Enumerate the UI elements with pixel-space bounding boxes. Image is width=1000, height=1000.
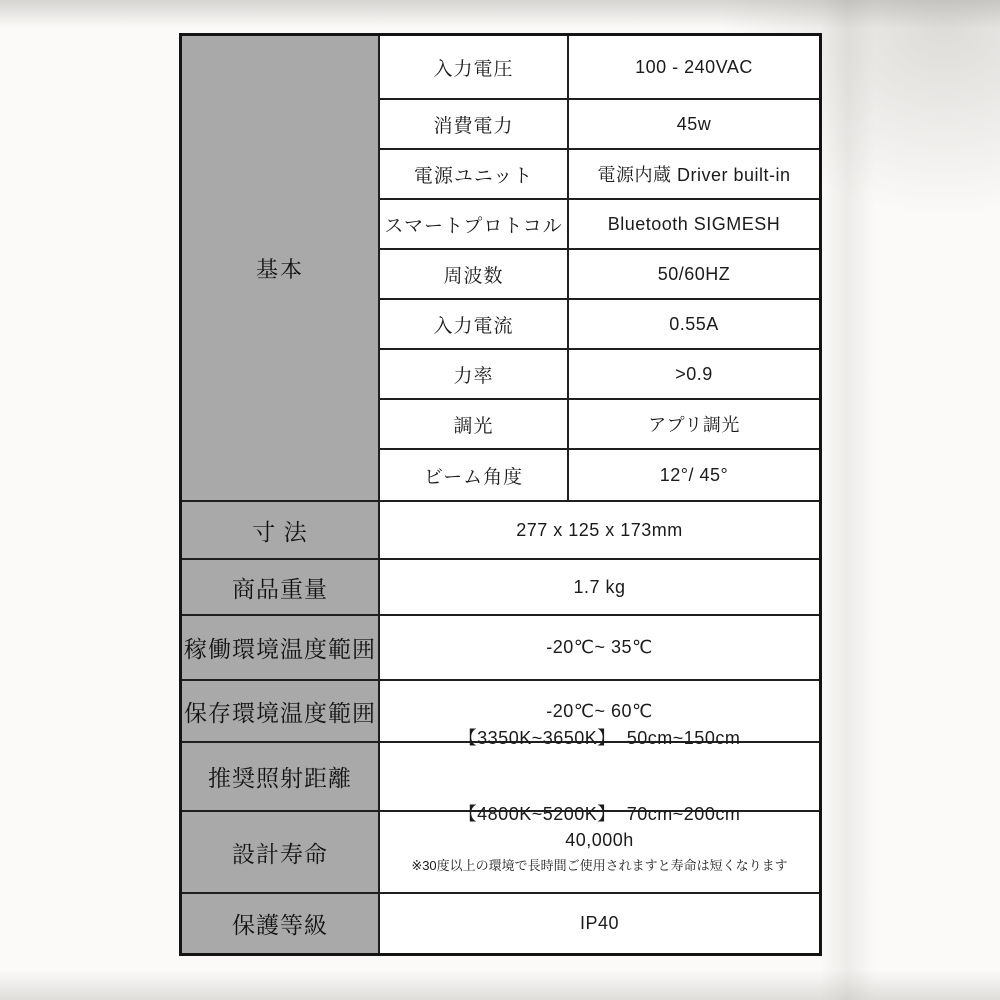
label-text: 入力電流	[433, 311, 513, 338]
scanned-spec-sheet: 基本 入力電圧 100 - 240VAC 消費電力 45w 電源ユニット 電源内…	[0, 0, 1000, 1000]
row-value: 277 x 125 x 173mm	[380, 502, 819, 558]
label-text: 入力電圧	[433, 54, 513, 81]
label-text: 寸 法	[252, 514, 307, 547]
label-text: 設計寿命	[232, 836, 328, 869]
table-row-smart-protocol: スマートプロトコル Bluetooth SIGMESH	[380, 200, 819, 250]
label-text: 調光	[453, 411, 493, 438]
value-text: 45w	[677, 114, 712, 135]
row-value: 電源内蔵 Driver built-in	[569, 150, 819, 198]
value-text: 40,000h	[565, 830, 634, 851]
label-text: 力率	[453, 361, 493, 388]
table-row-recommended-distance: 推奨照射距離 【3350K~3650K】 50cm~150cm 【4800K~5…	[182, 741, 819, 810]
label-text: 稼働環境温度範囲	[184, 631, 376, 664]
row-label: スマートプロトコル	[380, 200, 569, 248]
row-label: ビーム角度	[380, 450, 569, 500]
value-text: Bluetooth SIGMESH	[608, 214, 781, 235]
row-value: 45w	[569, 100, 819, 148]
table-row-design-life: 設計寿命 40,000h ※30度以上の環境で長時間ご使用されますと寿命は短くな…	[182, 810, 819, 892]
row-label: 保存環境温度範囲	[182, 681, 380, 741]
table-row-power-factor: 力率 >0.9	[380, 350, 819, 400]
row-label: 商品重量	[182, 560, 380, 614]
table-row-power-unit: 電源ユニット 電源内蔵 Driver built-in	[380, 150, 819, 200]
row-value: 0.55A	[569, 300, 819, 348]
group-label: 基本	[256, 253, 304, 284]
row-value: 40,000h ※30度以上の環境で長時間ご使用されますと寿命は短くなります	[380, 812, 819, 892]
table-row-operating-temp: 稼働環境温度範囲 -20℃~ 35℃	[182, 614, 819, 679]
value-text: 1.7 kg	[573, 577, 625, 598]
row-label: 調光	[380, 400, 569, 448]
row-label: 電源ユニット	[380, 150, 569, 198]
basic-section: 基本 入力電圧 100 - 240VAC 消費電力 45w 電源ユニット 電源内…	[182, 36, 819, 500]
row-label: 入力電流	[380, 300, 569, 348]
label-text: 推奨照射距離	[208, 760, 352, 793]
row-value: 12°/ 45°	[569, 450, 819, 500]
distance-line-warm: 【3350K~3650K】 50cm~150cm	[459, 726, 741, 751]
label-text: 電源ユニット	[414, 161, 533, 188]
value-text: >0.9	[675, 364, 713, 385]
row-label: 力率	[380, 350, 569, 398]
row-value: IP40	[380, 894, 819, 953]
value-text: 12°/ 45°	[660, 465, 728, 486]
scan-shadow-right	[820, 0, 875, 1000]
table-row-input-voltage: 入力電圧 100 - 240VAC	[380, 36, 819, 100]
value-text: -20℃~ 35℃	[546, 637, 652, 658]
row-value: Bluetooth SIGMESH	[569, 200, 819, 248]
row-value: >0.9	[569, 350, 819, 398]
row-label: 推奨照射距離	[182, 743, 380, 810]
row-value: -20℃~ 35℃	[380, 616, 819, 679]
table-row-frequency: 周波数 50/60HZ	[380, 250, 819, 300]
label-text: ビーム角度	[424, 462, 523, 489]
row-value: 50/60HZ	[569, 250, 819, 298]
table-row-protection-rating: 保護等級 IP40	[182, 892, 819, 953]
value-text: 100 - 240VAC	[635, 57, 753, 78]
value-text: 0.55A	[669, 314, 719, 335]
row-value: アプリ調光	[569, 400, 819, 448]
table-row-input-current: 入力電流 0.55A	[380, 300, 819, 350]
table-row-beam-angle: ビーム角度 12°/ 45°	[380, 450, 819, 500]
value-text: IP40	[580, 913, 619, 934]
label-text: 周波数	[443, 261, 503, 288]
label-text: 保存環境温度範囲	[184, 695, 376, 728]
table-row-weight: 商品重量 1.7 kg	[182, 558, 819, 614]
label-text: スマートプロトコル	[384, 211, 562, 238]
value-text: 電源内蔵 Driver built-in	[597, 161, 790, 187]
table-row-dimensions: 寸 法 277 x 125 x 173mm	[182, 500, 819, 558]
label-text: 消費電力	[433, 111, 513, 138]
group-cell-basic: 基本	[182, 36, 380, 500]
value-text: 277 x 125 x 173mm	[516, 520, 683, 541]
basic-rows: 入力電圧 100 - 240VAC 消費電力 45w 電源ユニット 電源内蔵 D…	[380, 36, 819, 500]
label-text: 商品重量	[232, 571, 328, 604]
scan-shadow-bottom	[0, 970, 1000, 1000]
row-value: 1.7 kg	[380, 560, 819, 614]
row-label: 消費電力	[380, 100, 569, 148]
spec-table: 基本 入力電圧 100 - 240VAC 消費電力 45w 電源ユニット 電源内…	[179, 33, 822, 956]
value-text: アプリ調光	[648, 411, 740, 437]
life-note-text: ※30度以上の環境で長時間ご使用されますと寿命は短くなります	[411, 855, 787, 874]
label-text: 保護等級	[232, 907, 328, 940]
table-row-dimming: 調光 アプリ調光	[380, 400, 819, 450]
row-label: 周波数	[380, 250, 569, 298]
row-label: 保護等級	[182, 894, 380, 953]
row-value: 100 - 240VAC	[569, 36, 819, 98]
value-text: 50/60HZ	[658, 264, 731, 285]
row-label: 寸 法	[182, 502, 380, 558]
row-value: 【3350K~3650K】 50cm~150cm 【4800K~5200K】 7…	[380, 743, 819, 810]
row-label: 入力電圧	[380, 36, 569, 98]
row-label: 設計寿命	[182, 812, 380, 892]
table-row-power-consumption: 消費電力 45w	[380, 100, 819, 150]
row-label: 稼働環境温度範囲	[182, 616, 380, 679]
